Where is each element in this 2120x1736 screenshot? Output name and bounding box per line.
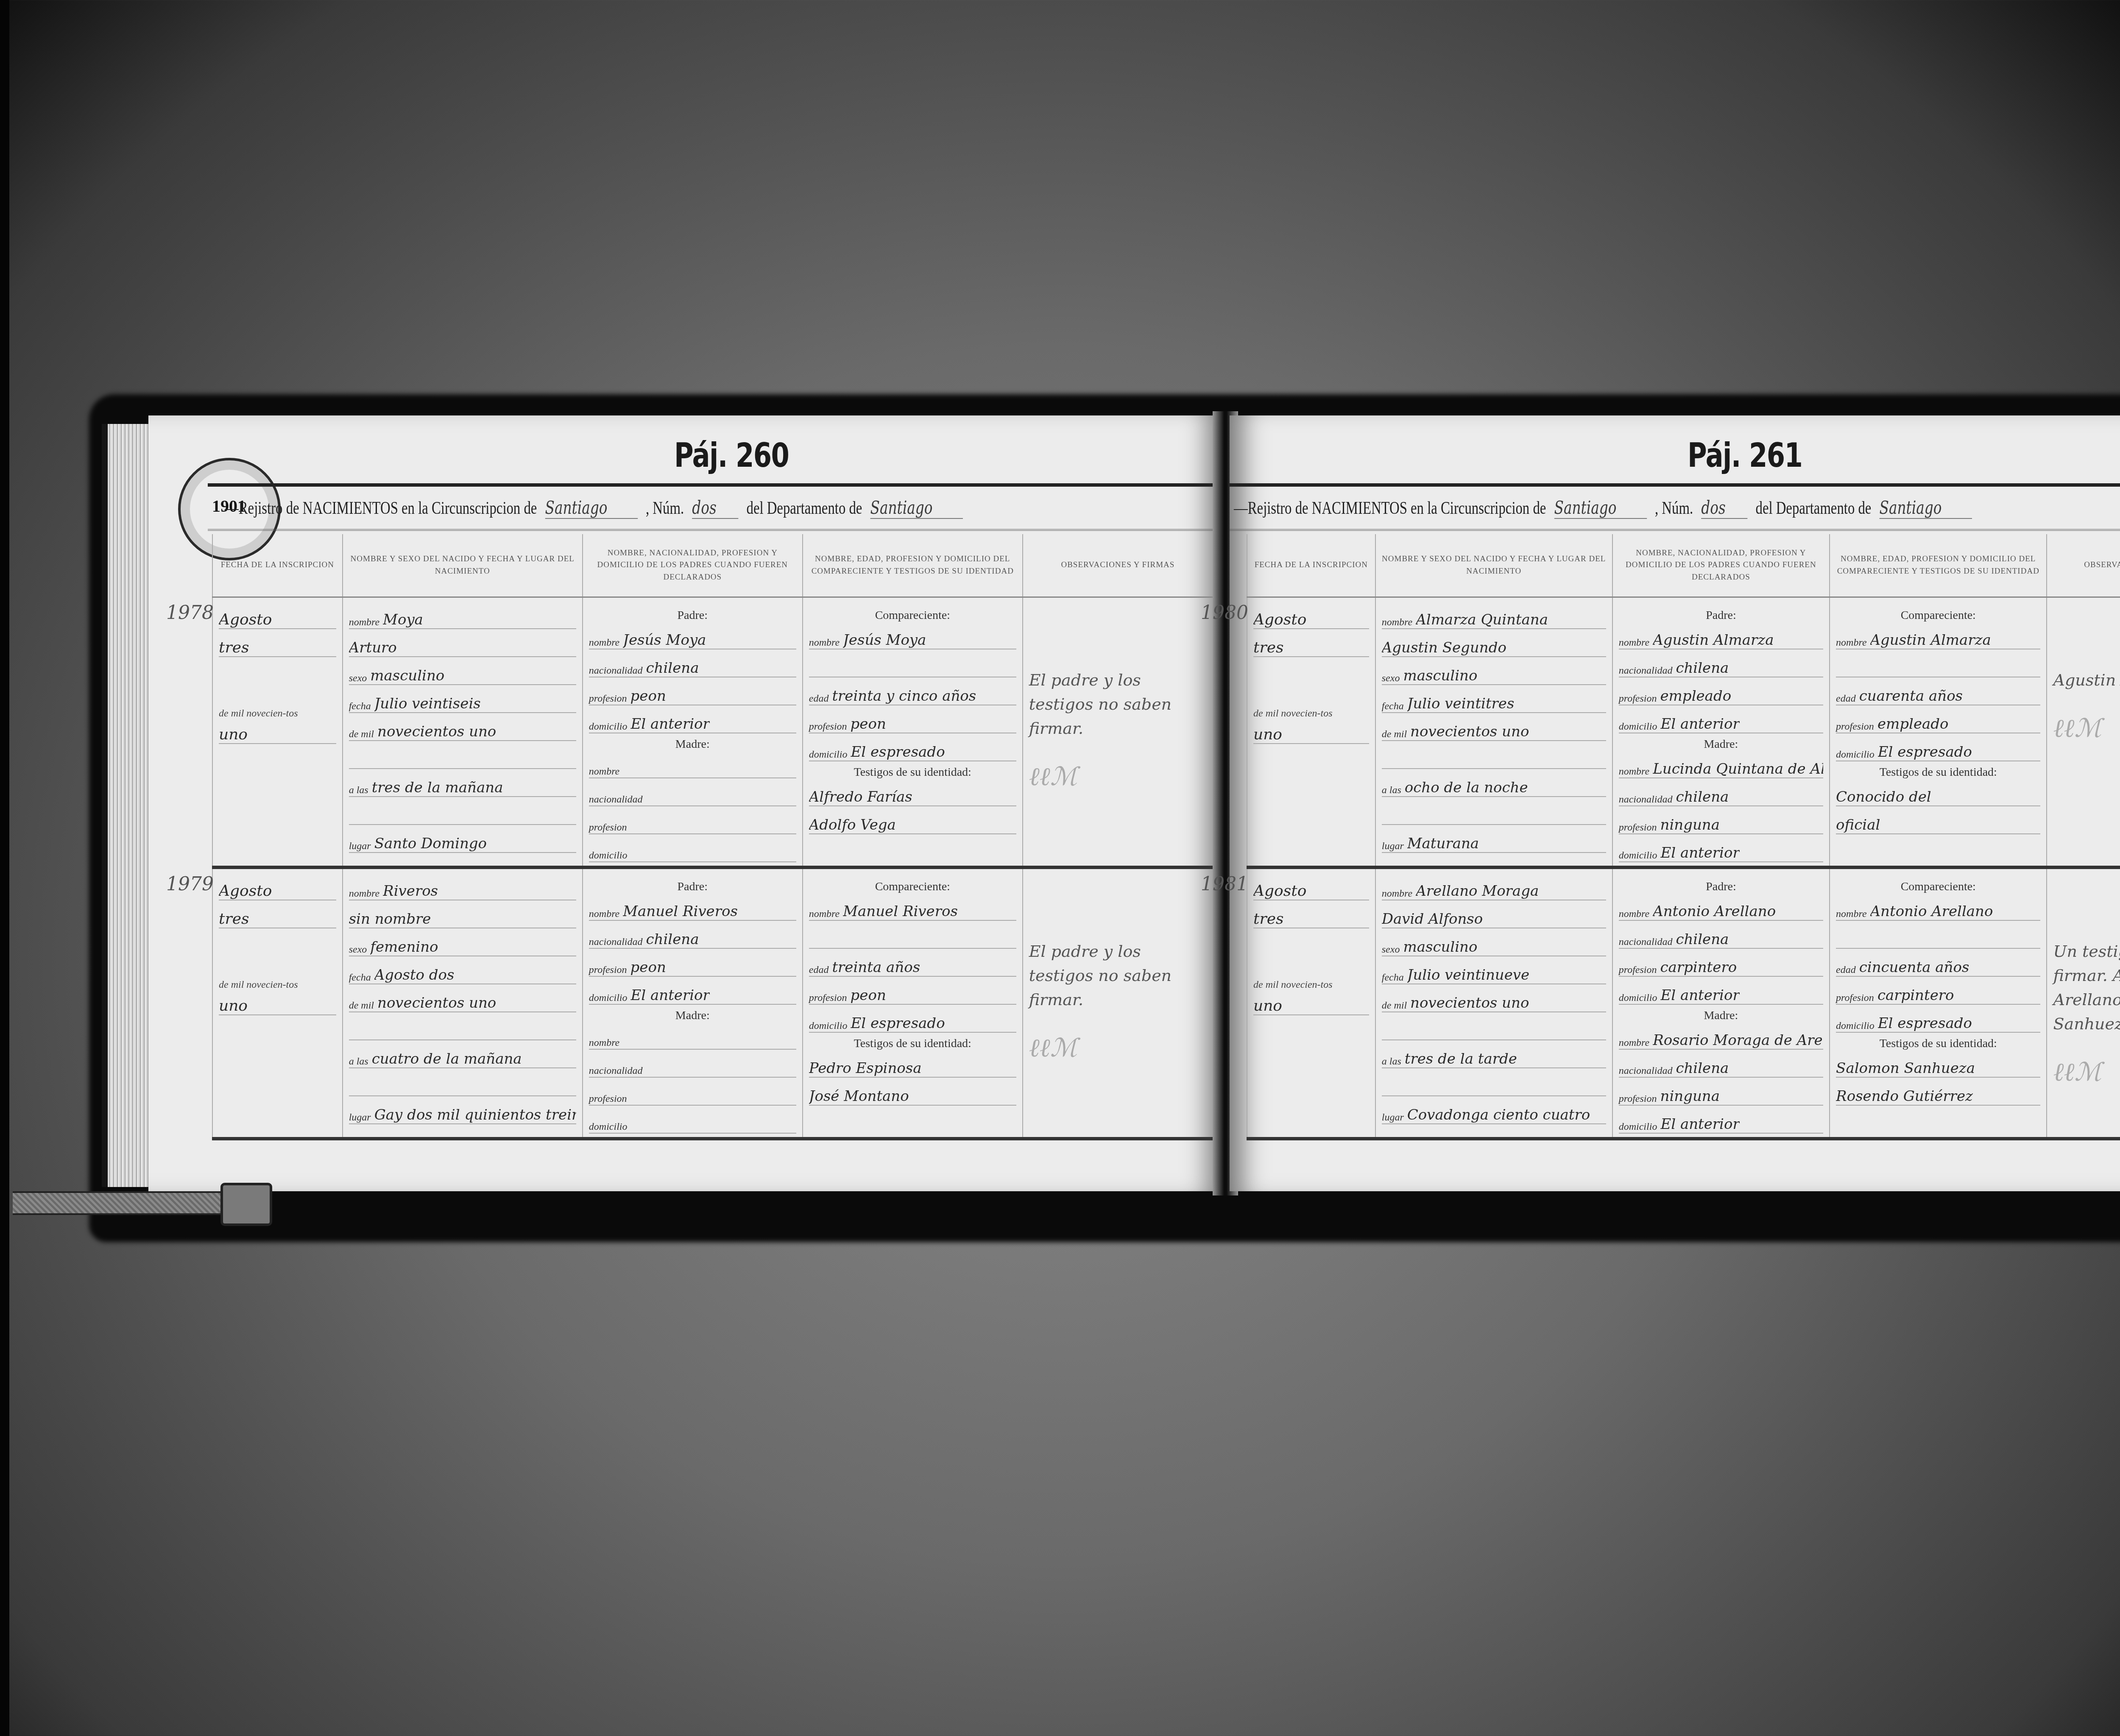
- child-surname: nombreRiveros: [349, 876, 576, 900]
- field-value: Moya: [383, 611, 423, 628]
- witness-name: Conocido del: [1836, 782, 2040, 806]
- field-label: profesion: [589, 693, 627, 705]
- dept-label: del Departamento de: [1755, 499, 1871, 518]
- inscription-year: uno: [219, 991, 336, 1015]
- field-value: Covadonga ciento cuatro: [1407, 1106, 1590, 1123]
- field-value: sin nombre: [349, 911, 431, 928]
- declarant-cell: Compareciente:nombreManuel Riverosedadtr…: [803, 867, 1023, 1139]
- field-value: peon: [851, 716, 886, 733]
- field-value: El espresado: [851, 744, 945, 761]
- parents-cell: Padre:nombreAntonio Arellanonacionalidad…: [1612, 867, 1830, 1139]
- mother-domicile: domicilio: [589, 838, 796, 862]
- dept-label: del Departamento de: [746, 499, 862, 518]
- field-value: Julio veintinueve: [1407, 967, 1529, 984]
- father-nationality: nacionalidadchilena: [589, 653, 796, 677]
- witnesses-heading: Testigos de su identidad:: [1836, 1037, 2040, 1051]
- mother-profession: profesion: [589, 1081, 796, 1106]
- inscription-date-cell: 1980Agostotresde mil novecien-tosuno: [1247, 597, 1375, 868]
- child-given-name: David Alfonso: [1382, 904, 1606, 928]
- field-label: profesion: [809, 992, 847, 1004]
- field-label: nombre: [589, 1037, 619, 1049]
- field-value: chilena: [1676, 931, 1729, 948]
- child-given-name: sin nombre: [349, 904, 576, 928]
- mother-nationality: nacionalidad: [589, 1053, 796, 1078]
- field-label: nacionalidad: [589, 1065, 643, 1077]
- inscription-year-prefix: de mil novecien-tos: [1253, 708, 1369, 719]
- birth-time: a lasocho de la noche: [1382, 772, 1606, 797]
- departamento-value: Santiago: [870, 497, 962, 519]
- field-value: Agosto: [1253, 882, 1306, 900]
- field-value: chilena: [1676, 1060, 1729, 1077]
- field-label: a las: [1382, 785, 1401, 796]
- field-value: novecientos uno: [377, 995, 496, 1012]
- birth-place: lugarMaturana: [1382, 828, 1606, 853]
- field-value: Jesús Moya: [843, 632, 926, 649]
- observations-cell: El padre y los testigos no saben firmar.…: [1023, 597, 1213, 868]
- inscription-day: tres: [219, 633, 336, 657]
- field-value: tres: [1253, 910, 1283, 928]
- mother-name: nombre: [589, 754, 796, 778]
- blank-line: [1382, 800, 1606, 825]
- declarant-cell: Compareciente:nombreAntonio Arellanoedad…: [1830, 867, 2047, 1139]
- child-cell: nombreArellano MoragaDavid Alfonsosexoma…: [1375, 867, 1612, 1139]
- register-title: —Rejistro de NACIMIENTOS en la Circunscr…: [1234, 497, 1977, 519]
- field-value: Agosto: [219, 611, 272, 628]
- field-label: profesion: [1619, 1093, 1657, 1105]
- parents-cell: Padre:nombreManuel Riverosnacionalidadch…: [583, 867, 803, 1139]
- field-label: de mil: [349, 729, 374, 740]
- field-value: novecientos uno: [1410, 723, 1529, 740]
- field-value: Conocido del: [1836, 789, 1931, 805]
- field-value: femenino: [370, 939, 438, 956]
- field-value: Agosto: [219, 882, 272, 900]
- field-value: treinta años: [832, 959, 920, 976]
- blank-line: [1382, 744, 1606, 769]
- field-label: domicilio: [589, 721, 628, 733]
- field-label: fecha: [349, 972, 371, 984]
- field-label: a las: [349, 785, 368, 796]
- declarant-profession: profesionempleado: [1836, 709, 2040, 733]
- field-label: nombre: [809, 908, 840, 920]
- mother-name: nombreLucinda Quintana de Almarza: [1619, 754, 1823, 778]
- field-label: nacionalidad: [1619, 1065, 1673, 1077]
- mother-domicile: domicilio: [589, 1109, 796, 1134]
- field-label: domicilio: [809, 749, 848, 761]
- mother-heading: Madre:: [1619, 1009, 1823, 1023]
- entry-number: 1981: [1201, 873, 1248, 895]
- field-value: tres de la mañana: [372, 779, 503, 796]
- birth-year: de milnovecientos uno: [349, 716, 576, 741]
- field-label: profesion: [1619, 964, 1657, 976]
- column-header-4: Nombre, edad, profesion y domicilio del …: [1830, 534, 2047, 597]
- field-label: sexo: [349, 944, 367, 956]
- field-value: uno: [1253, 726, 1282, 743]
- field-value: ninguna: [1660, 816, 1720, 833]
- blank-line: [349, 1072, 576, 1096]
- field-label: a las: [349, 1056, 368, 1067]
- declarant-profession: profesionpeon: [809, 980, 1016, 1005]
- child-sex: sexofemenino: [349, 932, 576, 956]
- field-label: profesion: [589, 822, 627, 833]
- field-label: fecha: [1382, 701, 1404, 712]
- father-heading: Padre:: [1619, 880, 1823, 894]
- field-label: nacionalidad: [589, 794, 643, 805]
- inscription-date-cell: 1978Agostotresde mil novecien-tosuno: [212, 597, 343, 868]
- table-row: 1978Agostotresde mil novecien-tosunonomb…: [212, 597, 1213, 868]
- field-value: cincuenta años: [1859, 959, 1969, 976]
- inscription-year: uno: [1253, 991, 1369, 1015]
- num-label: , Núm.: [646, 499, 684, 518]
- field-value: El espresado: [851, 1015, 945, 1032]
- column-header-1: Fecha de la inscripcion: [1247, 534, 1375, 597]
- bookmark-ribbon-end: [220, 1183, 272, 1226]
- field-label: nombre: [349, 617, 379, 628]
- mother-profession: profesionninguna: [1619, 1081, 1823, 1106]
- field-label: nombre: [1836, 637, 1866, 649]
- num-value: dos: [1701, 497, 1747, 519]
- blank-line: [809, 653, 1016, 677]
- field-label: nacionalidad: [1619, 936, 1673, 948]
- entry-number: 1979: [166, 873, 214, 895]
- num-label: , Núm.: [1655, 499, 1693, 518]
- field-value: oficial: [1836, 816, 1880, 833]
- field-value: Antonio Arellano: [1870, 903, 1993, 920]
- blank-line: [349, 800, 576, 825]
- register-title-band: —Rejistro de NACIMIENTOS en la Circunscr…: [1230, 483, 2120, 531]
- witness-name: Rosendo Gutiérrez: [1836, 1081, 2040, 1106]
- field-value: Santo Domingo: [374, 835, 487, 852]
- field-label: profesion: [1619, 822, 1657, 833]
- declarant-heading: Compareciente:: [1836, 880, 2040, 894]
- field-value: carpintero: [1877, 987, 1954, 1004]
- circunscripcion-value: Santiago: [1554, 497, 1646, 519]
- birth-time: a lascuatro de la mañana: [349, 1044, 576, 1068]
- observations-cell: Un testigo no sabe firmar. Antonio Arell…: [2047, 867, 2120, 1139]
- field-label: de mil: [349, 1000, 374, 1012]
- inscription-month: Agosto: [1253, 876, 1369, 900]
- field-label: profesion: [809, 721, 847, 733]
- field-value: ninguna: [1660, 1088, 1720, 1105]
- observations-text: El padre y los testigos no saben firmar.: [1029, 668, 1207, 741]
- field-label: profesion: [589, 1093, 627, 1105]
- child-surname: nombreAlmarza Quintana: [1382, 605, 1606, 629]
- field-value: Almarza Quintana: [1416, 611, 1548, 628]
- entry-number: 1980: [1201, 602, 1248, 624]
- field-label: domicilio: [1619, 721, 1657, 733]
- officer-signature: ℓℓℳ: [2053, 1057, 2120, 1087]
- mother-name: nombre: [589, 1025, 796, 1050]
- father-domicile: domicilioEl anterior: [1619, 980, 1823, 1005]
- blank-line: [809, 924, 1016, 949]
- father-nationality: nacionalidadchilena: [589, 924, 796, 949]
- father-heading: Padre:: [1619, 609, 1823, 622]
- child-cell: nombreAlmarza QuintanaAgustin Segundosex…: [1375, 597, 1612, 868]
- field-label: profesion: [1836, 721, 1874, 733]
- child-sex: sexomasculino: [1382, 660, 1606, 685]
- birth-date: fechaJulio veintinueve: [1382, 960, 1606, 984]
- father-heading: Padre:: [589, 609, 796, 622]
- parents-cell: Padre:nombreJesús Moyanacionalidadchilen…: [583, 597, 803, 868]
- birth-time: a lastres de la mañana: [349, 772, 576, 797]
- mother-profession: profesionninguna: [1619, 810, 1823, 834]
- column-header-5: Observaciones y firmas: [2047, 534, 2120, 597]
- officer-signature: ℓℓℳ: [1029, 1033, 1207, 1063]
- birth-date: fechaAgosto dos: [349, 960, 576, 984]
- column-header-3: Nombre, nacionalidad, profesion y domici…: [1612, 534, 1830, 597]
- field-label: lugar: [349, 841, 371, 852]
- mother-nationality: nacionalidad: [589, 782, 796, 806]
- field-value: empleado: [1660, 688, 1732, 705]
- field-label: lugar: [1382, 841, 1404, 852]
- declarant-age: edadtreinta años: [809, 952, 1016, 977]
- field-label: nombre: [809, 637, 840, 649]
- inscription-day: tres: [1253, 633, 1369, 657]
- field-label: edad: [809, 693, 829, 705]
- field-label: nombre: [1619, 1037, 1649, 1049]
- departamento-value: Santiago: [1879, 497, 1972, 519]
- field-value: Agosto: [1253, 611, 1306, 628]
- inscription-year-prefix: de mil novecien-tos: [219, 708, 336, 719]
- declarant-name: nombreManuel Riveros: [809, 896, 1016, 921]
- observations-text: Un testigo no sabe firmar. Antonio Arell…: [2053, 939, 2120, 1036]
- field-value: Rosendo Gutiérrez: [1836, 1088, 1973, 1105]
- field-value: masculino: [1403, 939, 1477, 956]
- father-domicile: domicilioEl anterior: [1619, 709, 1823, 733]
- declarant-heading: Compareciente:: [809, 880, 1016, 894]
- field-label: domicilio: [1836, 749, 1875, 761]
- father-domicile: domicilioEl anterior: [589, 709, 796, 733]
- register-table: Fecha de la inscripcionNombre y sexo del…: [1247, 534, 2120, 1140]
- father-name: nombreManuel Riveros: [589, 896, 796, 921]
- father-name: nombreAntonio Arellano: [1619, 896, 1823, 921]
- parents-cell: Padre:nombreAgustin Almarzanacionalidadc…: [1612, 597, 1830, 868]
- field-value: peon: [851, 987, 886, 1004]
- birth-year: de milnovecientos uno: [1382, 716, 1606, 741]
- field-value: El anterior: [630, 716, 709, 733]
- register-title: —Rejistro de NACIMIENTOS en la Circunscr…: [225, 497, 968, 519]
- field-value: Manuel Riveros: [843, 903, 958, 920]
- declarant-cell: Compareciente:nombreAgustin Almarzaedadc…: [1830, 597, 2047, 868]
- witnesses-heading: Testigos de su identidad:: [809, 766, 1016, 779]
- declarant-age: edadtreinta y cinco años: [809, 681, 1016, 705]
- officer-signature: ℓℓℳ: [2053, 713, 2120, 743]
- witness-name: Pedro Espinosa: [809, 1053, 1016, 1078]
- field-label: sexo: [349, 673, 367, 684]
- field-value: Arellano Moraga: [1416, 883, 1539, 900]
- field-value: El anterior: [1660, 987, 1739, 1004]
- declarant-domicile: domicilioEl espresado: [809, 737, 1016, 761]
- inscription-year-prefix: de mil novecien-tos: [219, 979, 336, 991]
- entry-number: 1978: [166, 602, 214, 624]
- blank-line: [1382, 1072, 1606, 1096]
- field-value: tres: [219, 639, 249, 656]
- officer-signature: ℓℓℳ: [1029, 762, 1207, 791]
- witnesses-heading: Testigos de su identidad:: [1836, 766, 2040, 779]
- title-prefix: —Rejistro de NACIMIENTOS en la Circunscr…: [1234, 499, 1546, 518]
- child-given-name: Agustin Segundo: [1382, 633, 1606, 657]
- field-value: chilena: [646, 931, 699, 948]
- mother-name: nombreRosario Moraga de Arellano: [1619, 1025, 1823, 1050]
- child-cell: nombreRiverossin nombresexofemeninofecha…: [343, 867, 583, 1139]
- field-label: nombre: [1619, 637, 1649, 649]
- declarant-name: nombreAgustin Almarza: [1836, 625, 2040, 649]
- declarant-profession: profesionpeon: [809, 709, 1016, 733]
- witness-name: oficial: [1836, 810, 2040, 834]
- field-value: Manuel Riveros: [623, 903, 738, 920]
- column-header-2: Nombre y sexo del nacido y fecha y lugar…: [1375, 534, 1612, 597]
- field-value: chilena: [1676, 660, 1729, 677]
- inscription-date-cell: 1981Agostotresde mil novecien-tosuno: [1247, 867, 1375, 1139]
- field-value: Adolfo Vega: [809, 816, 896, 833]
- field-value: novecientos uno: [377, 723, 496, 740]
- mother-heading: Madre:: [589, 738, 796, 751]
- field-label: nacionalidad: [589, 665, 643, 677]
- blank-line: [349, 744, 576, 769]
- witness-name: Salomon Sanhueza: [1836, 1053, 2040, 1078]
- inscription-year: uno: [219, 719, 336, 744]
- field-value: Riveros: [383, 883, 438, 900]
- inscription-day: tres: [219, 904, 336, 928]
- field-label: nombre: [1619, 766, 1649, 777]
- father-profession: profesionpeon: [589, 952, 796, 977]
- observations-cell: El padre y los testigos no saben firmar.…: [1023, 867, 1213, 1139]
- observations-cell: Agustin Almarzaℓℓℳ: [2047, 597, 2120, 868]
- column-header-5: Observaciones y firmas: [1023, 534, 1213, 597]
- field-label: edad: [809, 964, 829, 976]
- mother-nationality: nacionalidadchilena: [1619, 782, 1823, 806]
- inscription-day: tres: [1253, 904, 1369, 928]
- field-label: domicilio: [589, 1121, 628, 1133]
- field-label: edad: [1836, 964, 1856, 976]
- field-value: peon: [630, 688, 666, 705]
- field-label: nombre: [1836, 908, 1866, 920]
- blank-line: [1836, 924, 2040, 949]
- field-value: uno: [1253, 997, 1282, 1014]
- field-label: lugar: [1382, 1112, 1404, 1123]
- column-header-1: Fecha de la inscripcion: [212, 534, 343, 597]
- field-value: carpintero: [1660, 959, 1737, 976]
- mother-heading: Madre:: [1619, 738, 1823, 751]
- field-value: Lucinda Quintana de Almarza: [1653, 761, 1823, 777]
- declarant-cell: Compareciente:nombreJesús Moyaedadtreint…: [803, 597, 1023, 868]
- field-value: empleado: [1877, 716, 1949, 733]
- table-row: 1979Agostotresde mil novecien-tosunonomb…: [212, 867, 1213, 1139]
- child-cell: nombreMoyaArturosexomasculinofechaJulio …: [343, 597, 583, 868]
- declarant-domicile: domicilioEl espresado: [1836, 737, 2040, 761]
- mother-domicile: domicilioEl anterior: [1619, 1109, 1823, 1134]
- right-page: Páj. 261 —Rejistro de NACIMIENTOS en la …: [1230, 415, 2120, 1191]
- declarant-age: edadcuarenta años: [1836, 681, 2040, 705]
- mother-domicile: domicilioEl anterior: [1619, 838, 1823, 862]
- father-profession: profesionempleado: [1619, 681, 1823, 705]
- open-ledger-book: Páj. 260 1901 —Rejistro de NACIMIENTOS e…: [102, 403, 2120, 1208]
- left-page: Páj. 260 1901 —Rejistro de NACIMIENTOS e…: [148, 415, 1221, 1191]
- field-value: treinta y cinco años: [832, 688, 976, 705]
- field-value: ocho de la noche: [1405, 779, 1528, 796]
- inscription-month: Agosto: [219, 876, 336, 900]
- father-name: nombreJesús Moya: [589, 625, 796, 649]
- field-label: profesion: [1619, 693, 1657, 705]
- field-value: El espresado: [1878, 744, 1972, 761]
- field-value: peon: [630, 959, 666, 976]
- father-nationality: nacionalidadchilena: [1619, 924, 1823, 949]
- column-header-4: Nombre, edad, profesion y domicilio del …: [803, 534, 1023, 597]
- father-heading: Padre:: [589, 880, 796, 894]
- field-label: nacionalidad: [1619, 794, 1673, 805]
- field-value: El anterior: [630, 987, 709, 1004]
- inscription-month: Agosto: [1253, 605, 1369, 629]
- observations-text: Agustin Almarza: [2053, 668, 2120, 692]
- field-value: Julio veintiseis: [374, 695, 481, 712]
- father-profession: profesioncarpintero: [1619, 952, 1823, 977]
- field-value: El espresado: [1878, 1015, 1972, 1032]
- field-label: nombre: [1382, 888, 1412, 900]
- field-label: de mil: [1382, 729, 1407, 740]
- field-value: uno: [219, 726, 248, 743]
- mother-nationality: nacionalidadchilena: [1619, 1053, 1823, 1078]
- field-value: Agustin Segundo: [1382, 639, 1506, 656]
- blank-line: [1836, 653, 2040, 677]
- field-value: Jesús Moya: [623, 632, 706, 649]
- field-value: Pedro Espinosa: [809, 1060, 922, 1077]
- declarant-age: edadcincuenta años: [1836, 952, 2040, 977]
- circunscripcion-value: Santiago: [545, 497, 637, 519]
- blank-line: [349, 1016, 576, 1040]
- birth-place: lugarGay dos mil quinientos treinta: [349, 1100, 576, 1124]
- field-value: Alfredo Farías: [809, 789, 912, 805]
- column-header-2: Nombre y sexo del nacido y fecha y lugar…: [343, 534, 583, 597]
- field-label: sexo: [1382, 944, 1400, 956]
- inscription-year: uno: [1253, 719, 1369, 744]
- field-value: novecientos uno: [1410, 995, 1529, 1012]
- bookmark-ribbon: [13, 1191, 250, 1215]
- field-label: nacionalidad: [1619, 665, 1673, 677]
- field-label: edad: [1836, 693, 1856, 705]
- child-sex: sexomasculino: [349, 660, 576, 685]
- birth-date: fechaJulio veintiseis: [349, 688, 576, 713]
- field-label: sexo: [1382, 673, 1400, 684]
- field-value: Agustin Almarza: [1653, 632, 1774, 649]
- field-label: domicilio: [1836, 1020, 1875, 1032]
- field-value: Antonio Arellano: [1653, 903, 1776, 920]
- field-label: a las: [1382, 1056, 1401, 1067]
- field-label: domicilio: [1619, 850, 1657, 861]
- field-label: domicilio: [589, 850, 628, 861]
- field-label: fecha: [349, 701, 371, 712]
- register-table: Fecha de la inscripcionNombre y sexo del…: [212, 534, 1213, 1140]
- mother-heading: Madre:: [589, 1009, 796, 1023]
- num-value: dos: [692, 497, 738, 519]
- field-value: masculino: [370, 667, 444, 684]
- field-value: Agustin Almarza: [1870, 632, 1991, 649]
- field-value: chilena: [646, 660, 699, 677]
- field-value: Maturana: [1407, 835, 1479, 852]
- field-label: nombre: [349, 888, 379, 900]
- field-value: tres: [219, 910, 249, 928]
- field-label: nombre: [589, 908, 619, 920]
- birth-date: fechaJulio veintitres: [1382, 688, 1606, 713]
- field-label: de mil: [1382, 1000, 1407, 1012]
- field-value: Salomon Sanhueza: [1836, 1060, 1975, 1077]
- declarant-heading: Compareciente:: [809, 609, 1016, 622]
- field-value: tres de la tarde: [1405, 1051, 1517, 1067]
- field-value: David Alfonso: [1382, 911, 1483, 928]
- field-label: domicilio: [1619, 992, 1657, 1004]
- father-name: nombreAgustin Almarza: [1619, 625, 1823, 649]
- scan-border-left: [0, 0, 9, 1736]
- declarant-name: nombreJesús Moya: [809, 625, 1016, 649]
- field-value: Julio veintitres: [1407, 695, 1515, 712]
